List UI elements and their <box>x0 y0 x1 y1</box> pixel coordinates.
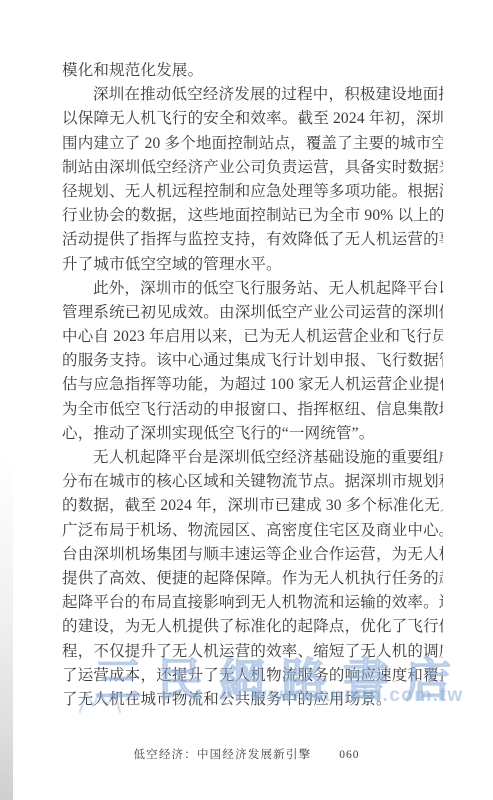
page-number: 060 <box>339 749 359 761</box>
book-page: 模化和规范化发展。深圳在推动低空经济发展的过程中，积极建设地面控制站网络，以保障… <box>0 0 493 800</box>
text-line: 深圳在推动低空经济发展的过程中，积极建设地面控制站网络， <box>62 83 443 107</box>
text-line: 径规划、无人机远程控制和应急处理等多项功能。根据深圳市无人机 <box>62 180 443 204</box>
text-block: 模化和规范化发展。深圳在推动低空经济发展的过程中，积极建设地面控制站网络，以保障… <box>62 59 443 712</box>
text-line: 了无人机在城市物流和公共服务中的应用场景。 <box>62 688 443 712</box>
text-line: 程，不仅提升了无人机运营的效率、缩短了无人机的调度时间、降低 <box>62 640 443 664</box>
text-line: 管理系统已初见成效。由深圳低空产业公司运营的深圳低空运行管理 <box>62 301 443 325</box>
text-line: 升了城市低空空域的管理水平。 <box>62 253 443 277</box>
text-line: 无人机起降平台是深圳低空经济基础设施的重要组成部分，主要 <box>62 446 443 470</box>
text-line: 广泛布局于机场、物流园区、高密度住宅区及商业中心。这些起降平 <box>62 519 443 543</box>
text-line: 中心自 2023 年启用以来，已为无人机运营企业和飞行员提供了全面 <box>62 325 443 349</box>
text-line: 分布在城市的核心区域和关键物流节点。据深圳市规划和自然资源局 <box>62 470 443 494</box>
text-line: 提供了高效、便捷的起降保障。作为无人机执行任务的起点和终点， <box>62 567 443 591</box>
text-line: 此外，深圳市的低空飞行服务站、无人机起降平台以及低空交通 <box>62 277 443 301</box>
page-footer: 低空经济：中国经济发展新引擎 060 <box>0 746 493 762</box>
text-line: 以保障无人机飞行的安全和效率。截至 2024 年初，深圳已在全市范 <box>62 107 443 131</box>
text-line: 行业协会的数据，这些地面控制站已为全市 90% 以上的无人机飞行 <box>62 204 443 228</box>
text-line: 活动提供了指挥与监控支持，有效降低了无人机运营的事故率，并提 <box>62 228 443 252</box>
text-line: 心，推动了深圳实现低空飞行的“一网统管”。 <box>62 422 443 446</box>
text-line: 了运营成本，还提升了无人机物流服务的响应速度和覆盖范围、拓宽 <box>62 664 443 688</box>
text-line: 的建设，为无人机提供了标准化的起降点，优化了飞行任务的执行流 <box>62 615 443 639</box>
text-line: 模化和规范化发展。 <box>62 59 443 83</box>
text-line: 为全市低空飞行活动的申报窗口、指挥枢纽、信息集散地以及情报核 <box>62 398 443 422</box>
text-line: 制站由深圳低空经济产业公司负责运营，具备实时数据采集、飞行路 <box>62 156 443 180</box>
text-line: 的数据，截至 2024 年，深圳市已建成 30 多个标准化无人机起降平台， <box>62 494 443 518</box>
text-line: 台由深圳机场集团与顺丰速运等企业合作运营，为无人机物流和配送 <box>62 543 443 567</box>
text-line: 起降平台的布局直接影响到无人机物流和运输的效率。这一基础设施 <box>62 591 443 615</box>
text-line: 的服务支持。该中心通过集成飞行计划申报、飞行数据管理、风险评 <box>62 349 443 373</box>
text-line: 围内建立了 20 多个地面控制站点，覆盖了主要的城市空域。这些控 <box>62 132 443 156</box>
text-line: 估与应急指挥等功能，为超过 100 家无人机运营企业提供了服务，成 <box>62 373 443 397</box>
footer-book-title: 低空经济：中国经济发展新引擎 <box>133 746 311 762</box>
